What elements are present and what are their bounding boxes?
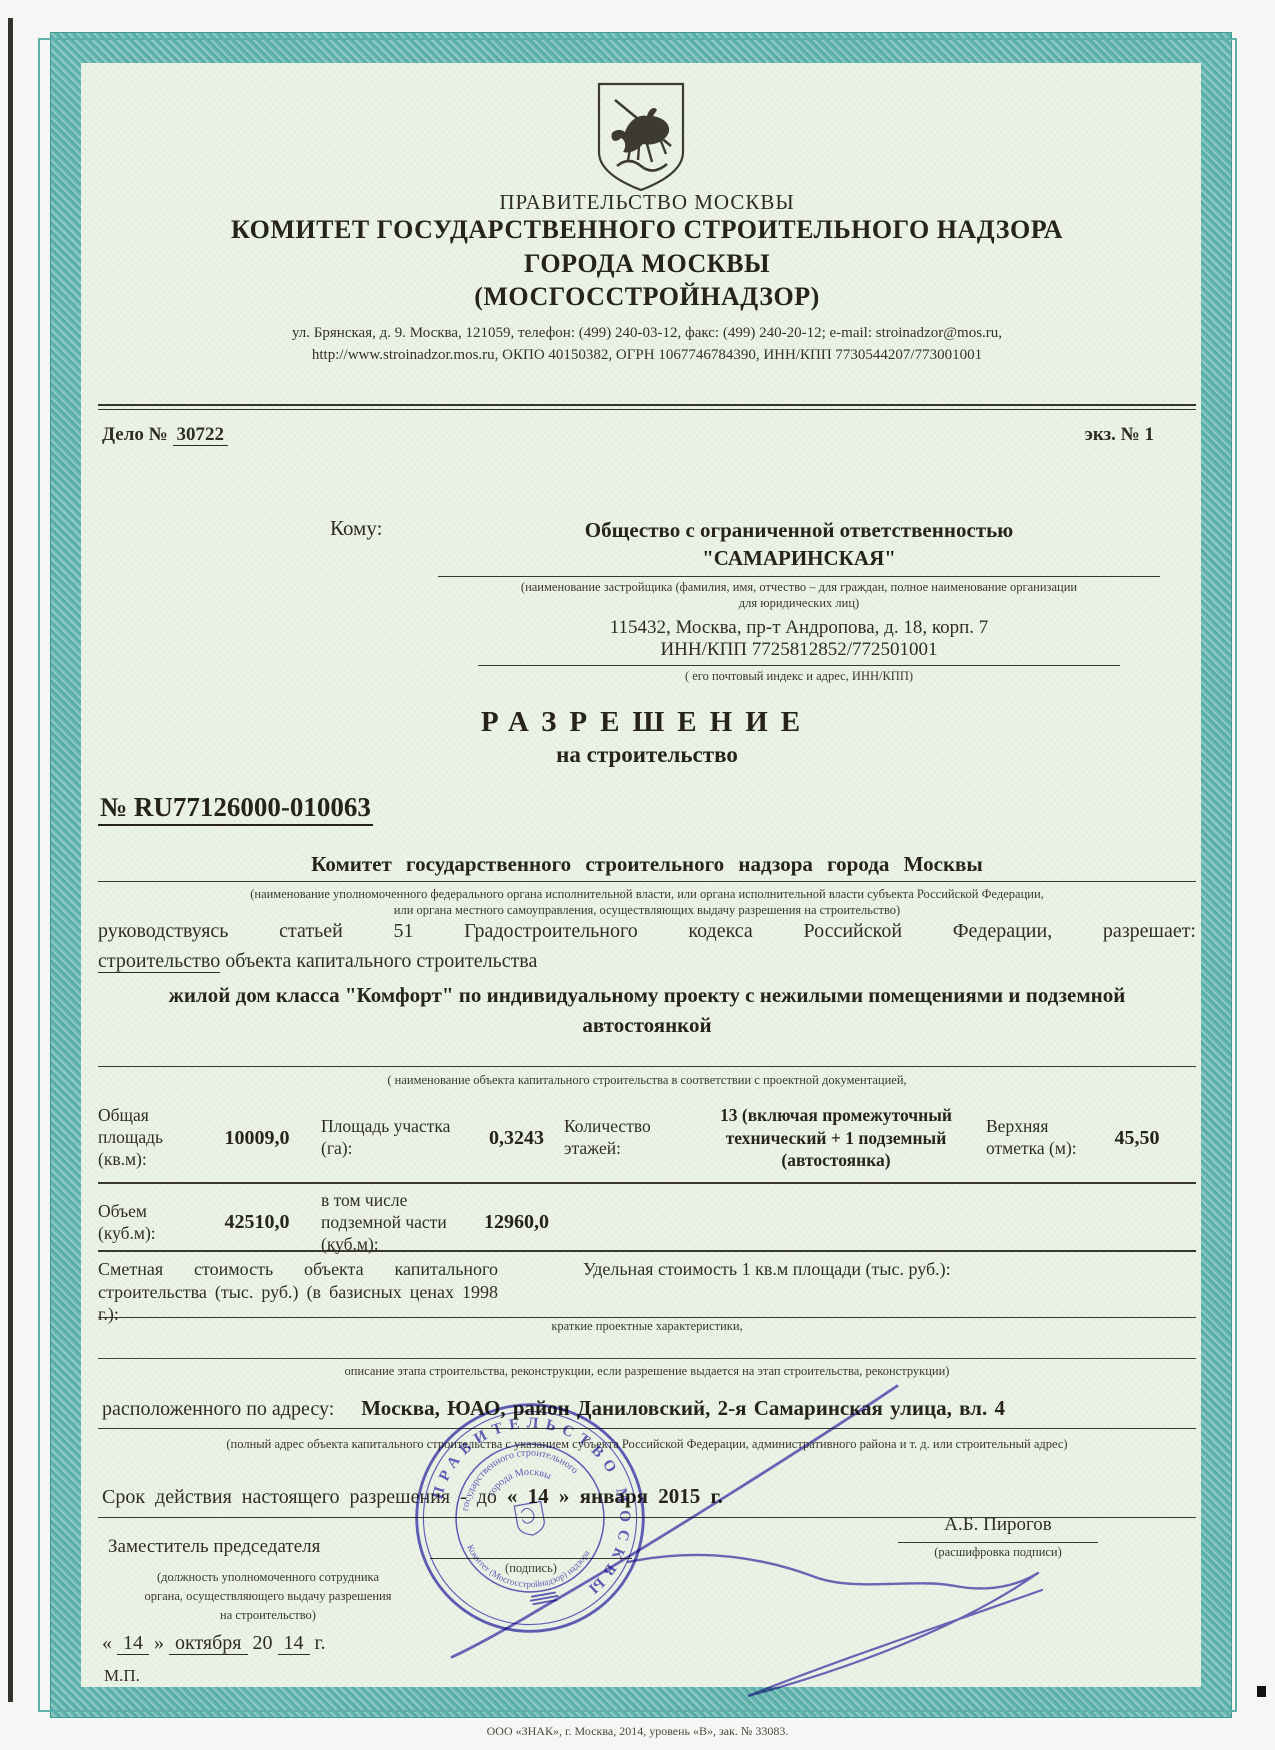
estimated-cost-label: Сметная стоимость объекта капитального с… — [98, 1258, 498, 1326]
signer-name-field: А.Б. Пирогов (расшифровка подписи) — [898, 1514, 1098, 1560]
addressee-caption-line1: (наименование застройщика (фамилия, имя,… — [438, 579, 1160, 595]
specs-row-2: Объем (куб.м): 42510,0 в том числе подзе… — [98, 1190, 1196, 1252]
object-name: жилой дом класса "Комфорт" по индивидуал… — [98, 980, 1196, 1041]
addressee-section: Кому: Общество с ограниченной ответствен… — [98, 516, 1196, 684]
addressee-organization: Общество с ограниченной ответственностью… — [438, 516, 1160, 577]
issue-day: 14 — [117, 1632, 149, 1655]
permitted-action-line: строительство объекта капитального строи… — [98, 950, 1196, 973]
object-name-rule — [98, 1066, 1196, 1067]
addressee-caption-line2: для юридических лиц) — [438, 595, 1160, 611]
permit-number: № RU77126000-010063 — [98, 792, 373, 826]
committee-name-line1: КОМИТЕТ ГОСУДАРСТВЕННОГО СТРОИТЕЛЬНОГО Н… — [98, 215, 1196, 245]
position-caption-line2: органа, осуществляющего выдачу разрешени… — [98, 1587, 438, 1606]
issue-month: октября — [169, 1632, 248, 1655]
unit-cost-label: Удельная стоимость 1 кв.м площади (тыс. … — [583, 1258, 1013, 1326]
issuer-caption-line1: (наименование уполномоченного федерально… — [98, 886, 1196, 902]
specs-row-1: Общая площадь (кв.м): 10009,0 Площадь уч… — [98, 1094, 1196, 1184]
signer-name-caption: (расшифровка подписи) — [898, 1545, 1098, 1560]
position-caption: (должность уполномоченного сотрудника ор… — [98, 1568, 438, 1624]
plot-area-value: 0,3243 — [469, 1094, 564, 1182]
construction-permit-document: ПРАВИТЕЛЬСТВО МОСКВЫ КОМИТЕТ ГОСУДАРСТВЕ… — [0, 0, 1275, 1750]
total-area-value: 10009,0 — [193, 1094, 321, 1182]
print-shop-footer: ООО «ЗНАК», г. Москва, 2014, уровень «В»… — [0, 1724, 1275, 1739]
signer-name: А.Б. Пирогов — [898, 1514, 1098, 1536]
stage-rule — [98, 1358, 1196, 1359]
empty-cell — [686, 1190, 986, 1256]
addressee-label: Кому: — [330, 516, 438, 684]
case-label: Дело № — [102, 424, 168, 445]
permit-number-line: № RU77126000-010063 — [98, 792, 1196, 826]
position-caption-line1: (должность уполномоченного сотрудника — [98, 1568, 438, 1587]
contact-line2: http://www.stroinadzor.mos.ru, ОКПО 4015… — [98, 347, 1196, 364]
underground-volume-label: в том числе подземной части (куб.м): — [321, 1190, 469, 1256]
scan-artifact-left-edge — [8, 18, 13, 1702]
header-divider — [98, 404, 1196, 410]
position-caption-line3: на строительство) — [98, 1606, 438, 1625]
signer-position: Заместитель председателя — [108, 1536, 320, 1558]
exemplar-number: экз. № 1 — [1085, 424, 1154, 446]
underground-volume-value: 12960,0 — [469, 1190, 564, 1256]
floors-value: 13 (включая промежуточный технический + … — [686, 1094, 986, 1182]
document-content: ПРАВИТЕЛЬСТВО МОСКВЫ КОМИТЕТ ГОСУДАРСТВЕ… — [98, 66, 1196, 1696]
committee-name-line2: ГОРОДА МОСКВЫ — [98, 249, 1196, 279]
empty-cell — [498, 1258, 583, 1326]
empty-cell — [564, 1190, 686, 1256]
issue-suffix: г. — [315, 1632, 326, 1654]
seal-place-mark: М.П. — [104, 1666, 140, 1686]
signer-name-line — [898, 1538, 1098, 1543]
legal-basis-line: руководствуясь статьей 51 Градостроитель… — [98, 920, 1196, 943]
top-elevation-label: Верхняя отметка (м): — [986, 1094, 1094, 1182]
total-area-label: Общая площадь (кв.м): — [98, 1094, 193, 1182]
permitted-action-rest: объекта капитального строительства — [220, 950, 537, 972]
stage-caption: описание этапа строительства, реконструк… — [98, 1363, 1196, 1379]
government-line: ПРАВИТЕЛЬСТВО МОСКВЫ — [98, 190, 1196, 215]
permitted-action: строительство — [98, 950, 220, 973]
document-title: РАЗРЕШЕНИЕ — [98, 706, 1196, 739]
quote-close: » — [154, 1632, 164, 1654]
committee-name-line3: (МОСГОССТРОЙНАДЗОР) — [98, 282, 1196, 312]
specs-row-3: Сметная стоимость объекта капитального с… — [98, 1258, 1196, 1318]
case-number-value: 30722 — [173, 424, 229, 446]
empty-cell — [1094, 1190, 1180, 1256]
addressee-postal-address: 115432, Москва, пр-т Андропова, д. 18, к… — [438, 617, 1160, 639]
volume-label: Объем (куб.м): — [98, 1190, 193, 1256]
case-number: Дело № 30722 — [102, 424, 228, 446]
addressee-caption-line3: ( его почтовый индекс и адрес, ИНН/КПП) — [438, 668, 1160, 684]
plot-area-label: Площадь участка (га): — [321, 1094, 469, 1182]
issuer-name: Комитет государственного строительного н… — [98, 852, 1196, 882]
organization-line2: "САМАРИНСКАЯ" — [438, 544, 1160, 572]
location-label: расположенного по адресу: — [102, 1398, 334, 1420]
issue-year: 14 — [278, 1632, 310, 1655]
volume-value: 42510,0 — [193, 1190, 321, 1256]
issuer-caption-line2: или органа местного самоуправления, осущ… — [98, 902, 1196, 918]
object-name-caption: ( наименование объекта капитального стро… — [98, 1072, 1196, 1088]
empty-cell — [986, 1190, 1094, 1256]
case-row: Дело № 30722 экз. № 1 — [98, 424, 1196, 446]
brief-specs-caption: краткие проектные характеристики, — [98, 1318, 1196, 1334]
organization-line1: Общество с ограниченной ответственностью — [438, 516, 1160, 544]
addressee-inn-kpp: ИНН/КПП 7725812852/772501001 — [478, 639, 1120, 666]
issue-date: « 14 » октября 20 14 г. — [102, 1632, 325, 1655]
top-elevation-value: 45,50 — [1094, 1094, 1180, 1182]
document-subtitle: на строительство — [98, 742, 1196, 768]
scan-artifact-dot — [1257, 1686, 1266, 1697]
moscow-coat-of-arms-icon — [595, 80, 687, 194]
quote-open: « — [102, 1632, 112, 1654]
official-round-stamp: ПРАВИТЕЛЬСТВО МОСКВЫ государственного ст… — [410, 1398, 650, 1638]
contact-line1: ул. Брянская, д. 9. Москва, 121059, теле… — [98, 325, 1196, 342]
issue-year-prefix: 20 — [253, 1632, 273, 1654]
addressee-block: Общество с ограниченной ответственностью… — [438, 516, 1160, 684]
floors-label: Количество этажей: — [564, 1094, 686, 1182]
